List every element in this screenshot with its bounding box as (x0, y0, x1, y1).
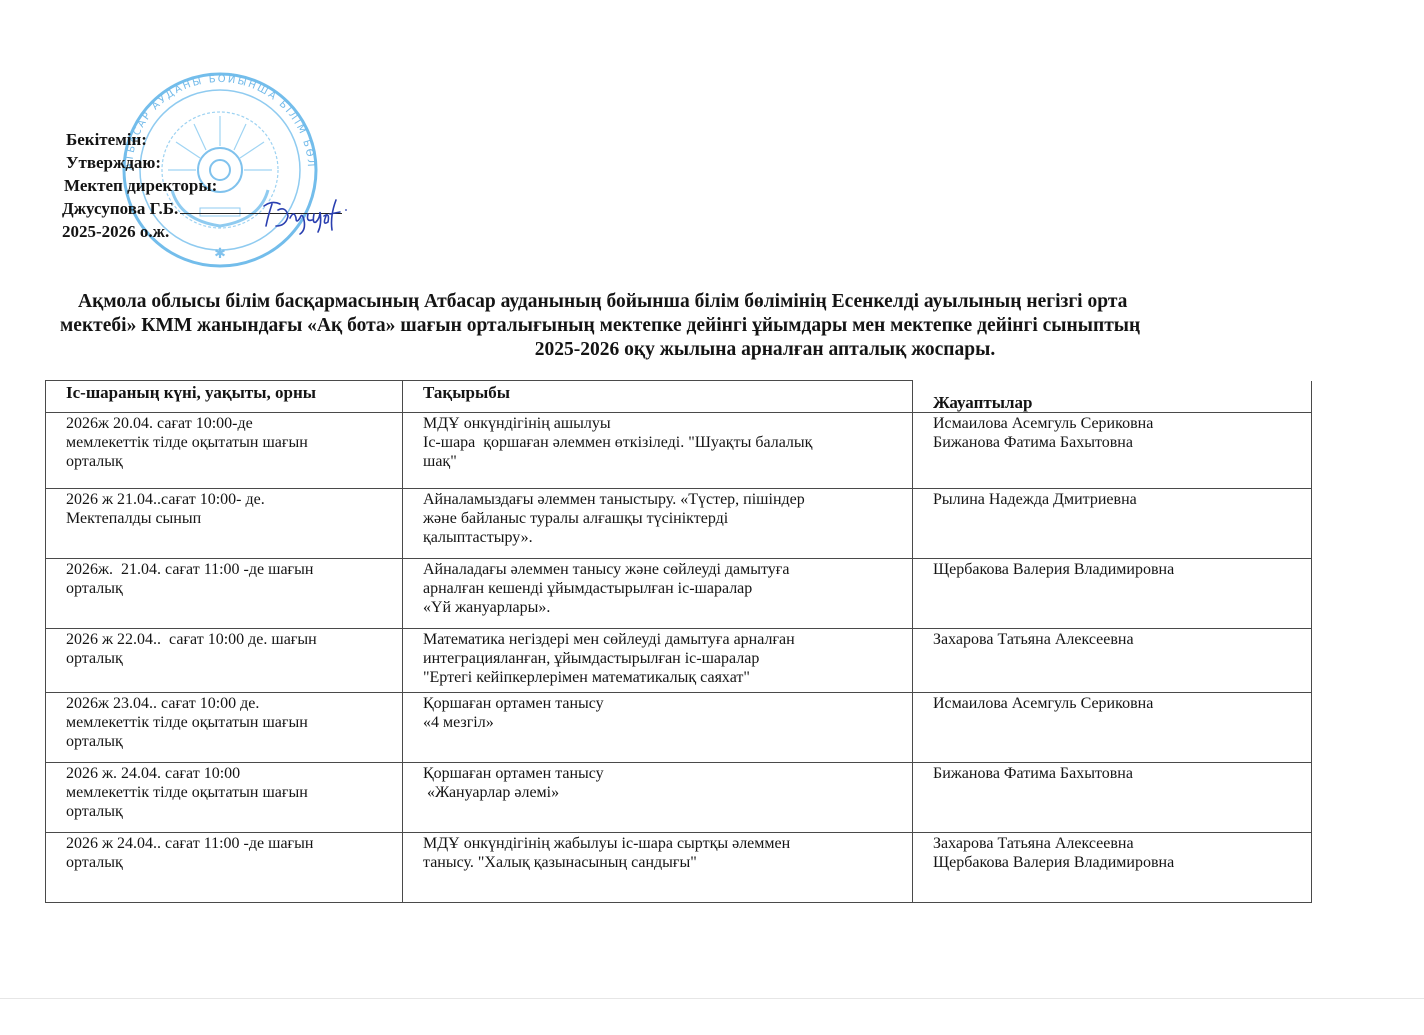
topic-cell-line: шақ" (423, 452, 906, 471)
date-time-place-cell-line: 2026ж 20.04. сағат 10:00-де (66, 414, 396, 433)
topic-cell: МДҰ онкүндігінің жабылуы іс-шара сыртқы … (403, 832, 913, 902)
approved-kz-label: Бекітемін: (62, 128, 342, 151)
title-line-1: Ақмола облысы білім басқармасының Атбаса… (60, 290, 1400, 314)
date-time-place-cell: 2026ж 20.04. сағат 10:00-демемлекеттік т… (46, 412, 403, 488)
topic-cell: Математика негіздері мен сөйлеуді дамыту… (403, 628, 913, 692)
date-time-place-cell: 2026 ж 24.04.. сағат 11:00 -де шағынорта… (46, 832, 403, 902)
responsible-cell: Рылина Надежда Дмитриевна (913, 488, 1312, 558)
responsible-cell-line: Рылина Надежда Дмитриевна (933, 490, 1305, 509)
topic-cell-line: интеграцияланған, ұйымдастырылған іс-шар… (423, 649, 906, 668)
topic-cell-line: арналған кешенді ұйымдастырылған іс-шара… (423, 579, 906, 598)
header-responsible: Жауаптылар (913, 381, 1312, 413)
topic-cell-line: «4 мезгіл» (423, 713, 906, 732)
topic-cell-line: Айналамыздағы әлеммен таныстыру. «Түстер… (423, 490, 906, 509)
header-date-time-place: Іс-шараның күні, уақыты, орны (46, 381, 403, 413)
table-row: 2026 ж. 24.04. сағат 10:00мемлекеттік ті… (46, 762, 1312, 832)
date-time-place-cell: 2026 ж. 24.04. сағат 10:00мемлекеттік ті… (46, 762, 403, 832)
topic-cell-line: Қоршаған ортамен танысу (423, 694, 906, 713)
title-line-3: 2025-2026 оқу жылына арналған апталық жо… (60, 338, 1400, 362)
date-time-place-cell-line: орталық (66, 649, 396, 668)
date-time-place-cell-line: орталық (66, 579, 396, 598)
director-position-label: Мектеп директоры: (62, 174, 342, 197)
topic-cell: Қоршаған ортамен танысу «Жануарлар әлемі… (403, 762, 913, 832)
date-time-place-cell: 2026 ж 21.04..сағат 10:00- де.Мектепалды… (46, 488, 403, 558)
date-time-place-cell-line: мемлекеттік тілде оқытатын шағын (66, 713, 396, 732)
responsible-cell: Исмаилова Асемгуль Сериковна (913, 692, 1312, 762)
responsible-cell: Исмаилова Асемгуль СериковнаБижанова Фат… (913, 412, 1312, 488)
document-title: Ақмола облысы білім басқармасының Атбаса… (60, 290, 1400, 362)
table-row: 2026ж. 21.04. сағат 11:00 -де шағынортал… (46, 558, 1312, 628)
date-time-place-cell-line: 2026 ж. 24.04. сағат 10:00 (66, 764, 396, 783)
scan-edge-divider (0, 998, 1424, 999)
date-time-place-cell-line: орталық (66, 452, 396, 471)
topic-cell-line: МДҰ онкүндігінің жабылуы іс-шара сыртқы … (423, 834, 906, 853)
topic-cell: Қоршаған ортамен танысу«4 мезгіл» (403, 692, 913, 762)
date-time-place-cell-line: орталық (66, 732, 396, 751)
topic-cell-line: МДҰ онкүндігінің ашылуы (423, 414, 906, 433)
topic-cell-line: «Жануарлар әлемі» (423, 783, 906, 802)
topic-cell-line: Қоршаған ортамен танысу (423, 764, 906, 783)
responsible-cell-line: Щербакова Валерия Владимировна (933, 853, 1305, 872)
responsible-cell-line: Захарова Татьяна Алексеевна (933, 834, 1305, 853)
date-time-place-cell: 2026ж. 21.04. сағат 11:00 -де шағынортал… (46, 558, 403, 628)
date-time-place-cell-line: 2026 ж 24.04.. сағат 11:00 -де шағын (66, 834, 396, 853)
table-row: 2026 ж 21.04..сағат 10:00- де.Мектепалды… (46, 488, 1312, 558)
responsible-cell-line: Бижанова Фатима Бахытовна (933, 433, 1305, 452)
topic-cell: Айналамыздағы әлеммен таныстыру. «Түстер… (403, 488, 913, 558)
director-name: Джусупова Г.Б. (62, 199, 178, 218)
topic-cell-line: танысу. "Халық қазынасының сандығы" (423, 853, 906, 872)
topic-cell-line: Іс-шара қоршаған әлеммен өткізіледі. "Шу… (423, 433, 906, 452)
date-time-place-cell-line: мемлекеттік тілде оқытатын шағын (66, 783, 396, 802)
topic-cell-line: қалыптастыру». (423, 528, 906, 547)
date-time-place-cell-line: 2026 ж 22.04.. сағат 10:00 де. шағын (66, 630, 396, 649)
table-row: 2026 ж 22.04.. сағат 10:00 де. шағынорта… (46, 628, 1312, 692)
topic-cell-line: және байланыс туралы алғашқы түсініктерд… (423, 509, 906, 528)
approved-ru-label: Утверждаю: (62, 151, 342, 174)
title-line-2: мектебі» КММ жанындағы «Ақ бота» шағын о… (60, 314, 1400, 338)
table-header-row: Іс-шараның күні, уақыты, орны Тақырыбы Ж… (46, 381, 1312, 413)
responsible-cell: Щербакова Валерия Владимировна (913, 558, 1312, 628)
table-row: 2026ж 20.04. сағат 10:00-демемлекеттік т… (46, 412, 1312, 488)
topic-cell: Айналадағы әлеммен танысу және сөйлеуді … (403, 558, 913, 628)
date-time-place-cell-line: мемлекеттік тілде оқытатын шағын (66, 433, 396, 452)
responsible-cell-line: Исмаилова Асемгуль Сериковна (933, 414, 1305, 433)
weekly-plan-table: Іс-шараның күні, уақыты, орны Тақырыбы Ж… (45, 380, 1312, 903)
date-time-place-cell-line: Мектепалды сынып (66, 509, 396, 528)
svg-text:✱: ✱ (214, 247, 226, 262)
date-time-place-cell: 2026ж 23.04.. сағат 10:00 де.мемлекеттік… (46, 692, 403, 762)
date-time-place-cell-line: 2026ж 23.04.. сағат 10:00 де. (66, 694, 396, 713)
responsible-cell-line: Щербакова Валерия Владимировна (933, 560, 1305, 579)
responsible-cell-line: Бижанова Фатима Бахытовна (933, 764, 1305, 783)
responsible-cell-line: Захарова Татьяна Алексеевна (933, 630, 1305, 649)
responsible-cell-line: Исмаилова Асемгуль Сериковна (933, 694, 1305, 713)
topic-cell-line: Айналадағы әлеммен танысу және сөйлеуді … (423, 560, 906, 579)
header-topic: Тақырыбы (403, 381, 913, 413)
responsible-cell: Бижанова Фатима Бахытовна (913, 762, 1312, 832)
date-time-place-cell: 2026 ж 22.04.. сағат 10:00 де. шағынорта… (46, 628, 403, 692)
responsible-cell: Захарова Татьяна Алексеевна (913, 628, 1312, 692)
handwritten-signature-icon (250, 196, 350, 236)
topic-cell: МДҰ онкүндігінің ашылуыІс-шара қоршаған … (403, 412, 913, 488)
table-row: 2026 ж 24.04.. сағат 11:00 -де шағынорта… (46, 832, 1312, 902)
date-time-place-cell-line: 2026ж. 21.04. сағат 11:00 -де шағын (66, 560, 396, 579)
date-time-place-cell-line: орталық (66, 802, 396, 821)
table-row: 2026ж 23.04.. сағат 10:00 де.мемлекеттік… (46, 692, 1312, 762)
topic-cell-line: «Үй жануарлары». (423, 598, 906, 617)
responsible-cell: Захарова Татьяна АлексеевнаЩербакова Вал… (913, 832, 1312, 902)
topic-cell-line: "Ертегі кейіпкерлерімен математикалық са… (423, 668, 906, 687)
date-time-place-cell-line: 2026 ж 21.04..сағат 10:00- де. (66, 490, 396, 509)
date-time-place-cell-line: орталық (66, 853, 396, 872)
topic-cell-line: Математика негіздері мен сөйлеуді дамыту… (423, 630, 906, 649)
